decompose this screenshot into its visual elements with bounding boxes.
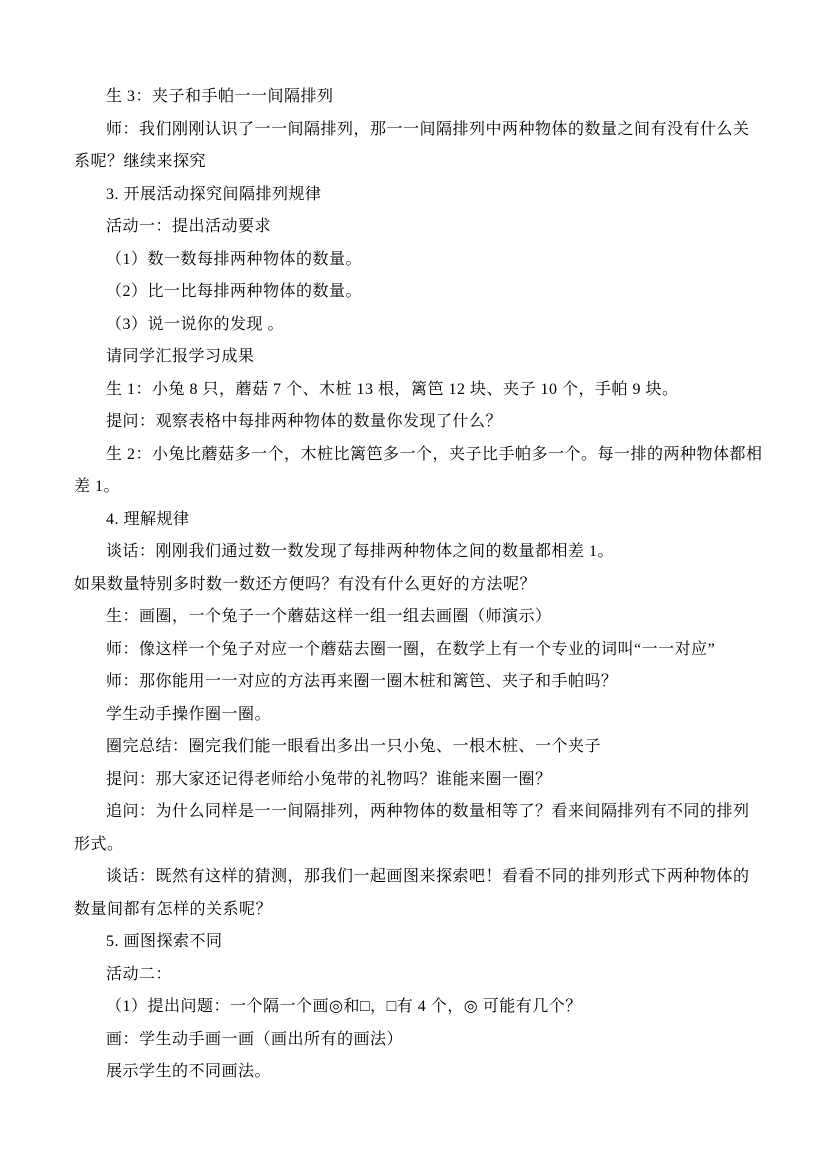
document-page: 生 3：夹子和手帕一一间隔排列师：我们刚刚认识了一一间隔排列，那一一间隔排列中两… (0, 0, 827, 1170)
document-line: 差 1。 (74, 471, 768, 504)
document-line: 生 2：小兔比蘑菇多一个，木桩比篱笆多一个，夹子比手帕多一个。每一排的两种物体都… (74, 439, 768, 472)
document-line: 师：那你能用一一对应的方法再来圈一圈木桩和篱笆、夹子和手帕吗？ (74, 666, 768, 699)
document-line: 谈话：既然有这样的猜测，那我们一起画图来探索吧！看看不同的排列形式下两种物体的 (74, 861, 768, 894)
document-line: （1）数一数每排两种物体的数量。 (74, 244, 768, 277)
document-line: 画：学生动手画一画（画出所有的画法） (74, 1024, 768, 1057)
document-line: 提问：那大家还记得老师给小兔带的礼物吗？谁能来圈一圈？ (74, 764, 768, 797)
document-line: 学生动手操作圈一圈。 (74, 699, 768, 732)
document-line: （2）比一比每排两种物体的数量。 (74, 276, 768, 309)
document-line: 师：我们刚刚认识了一一间隔排列，那一一间隔排列中两种物体的数量之间有没有什么关 (74, 114, 768, 147)
document-line: 谈话：刚刚我们通过数一数发现了每排两种物体之间的数量都相差 1。 (74, 536, 768, 569)
document-line: 圈完总结：圈完我们能一眼看出多出一只小兔、一根木桩、一个夹子 (74, 731, 768, 764)
document-line: 4. 理解规律 (74, 504, 768, 537)
document-line: （3）说一说你的发现 。 (74, 309, 768, 342)
document-line: 系呢？继续来探究 (74, 146, 768, 179)
document-line: 展示学生的不同画法。 (74, 1056, 768, 1089)
document-line: 形式。 (74, 829, 768, 862)
document-line: 5. 画图探索不同 (74, 926, 768, 959)
document-line: 请同学汇报学习成果 (74, 341, 768, 374)
document-line: 3. 开展活动探究间隔排列规律 (74, 179, 768, 212)
document-line: 生 1：小兔 8 只，蘑菇 7 个、木桩 13 根，篱笆 12 块、夹子 10 … (74, 374, 768, 407)
document-line: （1）提出问题：一个隔一个画◎和□，□有 4 个，◎ 可能有几个？ (74, 991, 768, 1024)
document-line: 活动一：提出活动要求 (74, 211, 768, 244)
document-line: 师：像这样一个兔子对应一个蘑菇去圈一圈，在数学上有一个专业的词叫“一一对应” (74, 634, 768, 667)
document-line: 追问：为什么同样是一一间隔排列，两种物体的数量相等了？看来间隔排列有不同的排列 (74, 796, 768, 829)
document-line: 活动二： (74, 959, 768, 992)
document-line: 生 3：夹子和手帕一一间隔排列 (74, 81, 768, 114)
document-body: 生 3：夹子和手帕一一间隔排列师：我们刚刚认识了一一间隔排列，那一一间隔排列中两… (74, 81, 768, 1089)
document-line: 生：画圈，一个兔子一个蘑菇这样一组一组去画圈（师演示） (74, 601, 768, 634)
document-line: 数量间都有怎样的关系呢？ (74, 894, 768, 927)
document-line: 提问：观察表格中每排两种物体的数量你发现了什么？ (74, 406, 768, 439)
document-line: 如果数量特别多时数一数还方便吗？有没有什么更好的方法呢？ (74, 569, 768, 602)
